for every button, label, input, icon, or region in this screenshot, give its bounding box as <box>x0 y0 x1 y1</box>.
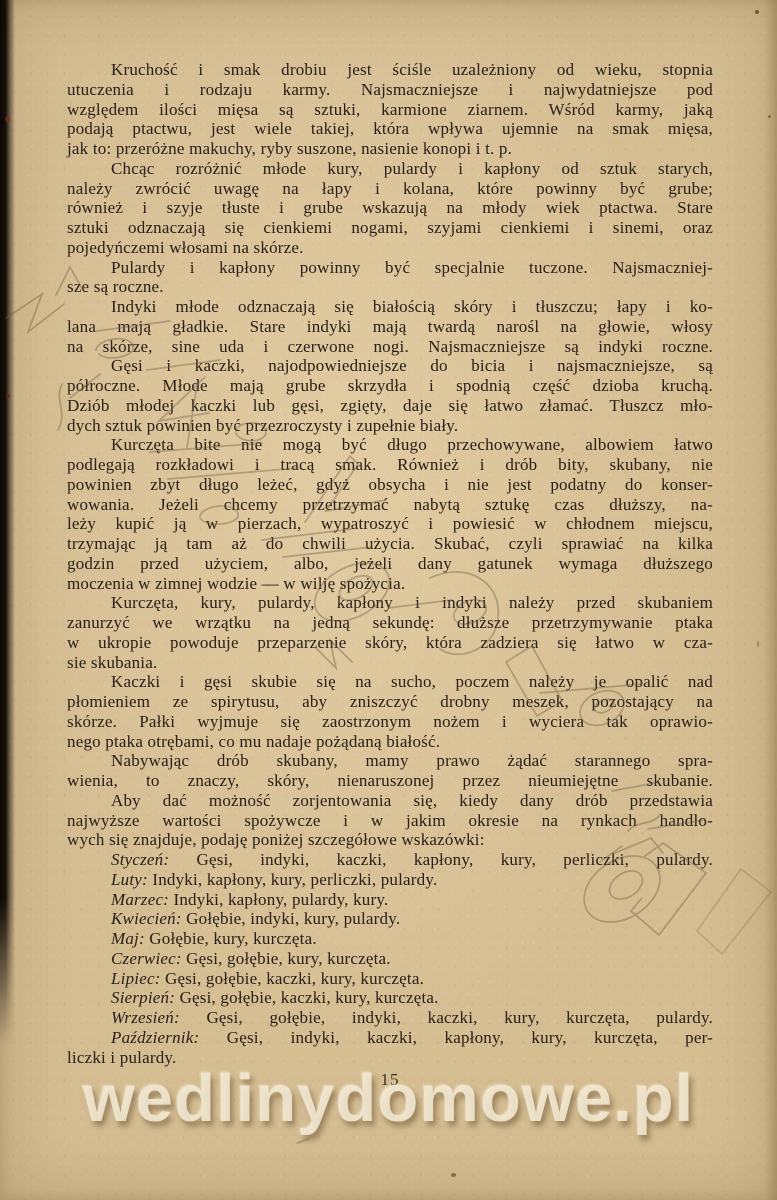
text-line: Chcąc rozróżnić młode kury, pulardy i ka… <box>67 159 713 179</box>
month-label: Październik: <box>111 1028 199 1047</box>
text-line: najwyższe wartości spożywcze i w jakim o… <box>67 811 713 831</box>
month-label: Czerwiec: <box>111 949 182 968</box>
speck <box>757 641 759 647</box>
text-line: również i szyje tłuste i grube wskazują … <box>67 198 713 218</box>
month-label: Wrzesień: <box>111 1008 180 1027</box>
text-line: Sierpień: Gęsi, gołębie, kaczki, kury, k… <box>67 988 713 1008</box>
speck <box>296 1138 310 1145</box>
text-line: godzin przed użyciem, albo, jeżeli dany … <box>67 554 713 574</box>
month-label: Maj: <box>111 929 145 948</box>
month-label: Sierpień: <box>111 988 175 1007</box>
text-line: moczenia w zimnej wodzie — w wilję spoży… <box>67 574 713 594</box>
month-label: Marzec: <box>111 890 169 909</box>
month-label: Luty: <box>111 870 148 889</box>
text-line: sze są roczne. <box>67 277 713 297</box>
text-line: utuczenia i rodzaju karmy. Najsmaczniejs… <box>67 80 713 100</box>
text-line: Indyki młode odznaczają się białością sk… <box>67 297 713 317</box>
month-label: Kwiecień: <box>111 909 182 928</box>
text-line: Gęsi i kaczki, najodpowiedniejsze do bic… <box>67 356 713 376</box>
text-line: Luty: Indyki, kapłony, kury, perliczki, … <box>67 870 713 890</box>
text-line: Kurczęta bite nie mogą być długo przecho… <box>67 435 713 455</box>
text-line: podlegają rozkładowi i tracą smak. Równi… <box>67 455 713 475</box>
speck <box>755 10 759 14</box>
text-line: podają ptactwu, jest wiele takiej, która… <box>67 119 713 139</box>
text-line: lana mają gładkie. Stare indyki mają twa… <box>67 317 713 337</box>
text-line: leży kupić ją w pierzach, wypatroszyć i … <box>67 514 713 534</box>
text-line: dych sztuk powinien być przezroczysty i … <box>67 416 713 436</box>
text-line: Czerwiec: Gęsi, gołębie, kury, kurczęta. <box>67 949 713 969</box>
text-line: Lipiec: Gęsi, gołębie, kaczki, kury, kur… <box>67 969 713 989</box>
text-line: Kaczki i gęsi skubie się na sucho, pocze… <box>67 672 713 692</box>
page-number: 15 <box>67 1070 713 1090</box>
text-line: sztuki odznaczają się cienkiemi nogami, … <box>67 218 713 238</box>
text-line: skórze. Pałki wyjmuje się zaostrzonym no… <box>67 712 713 732</box>
text-line: Marzec: Indyki, kapłony, pulardy, kury. <box>67 890 713 910</box>
text-line: Pulardy i kapłony powinny być specjalnie… <box>67 258 713 278</box>
text-line: Wrzesień: Gęsi, gołębie, indyki, kaczki,… <box>67 1008 713 1028</box>
text-line: wowania. Jeżeli chcemy przetrzymać nabyt… <box>67 495 713 515</box>
text-line: Styczeń: Gęsi, indyki, kaczki, kapłony, … <box>67 850 713 870</box>
text-line: sie skubania. <box>67 653 713 673</box>
text-line: powinien zbyt długo leżeć, gdyż obsycha … <box>67 475 713 495</box>
scanned-page: Kruchość i smak drobiu jest ściśle uzale… <box>0 0 777 1200</box>
text-line: wienia, to znaczy, skóry, nienaruszonej … <box>67 771 713 791</box>
text-line: pojedyńczemi włosami na skórze. <box>67 238 713 258</box>
text-line: Maj: Gołębie, kury, kurczęta. <box>67 929 713 949</box>
speck <box>451 1173 456 1177</box>
book-spine-shadow <box>0 0 15 1045</box>
speck <box>768 115 771 118</box>
month-label: Lipiec: <box>111 969 161 988</box>
text-line: półroczne. Młode mają grube skrzydła i s… <box>67 376 713 396</box>
text-line: jak to: przeróżne makuchy, ryby suszone,… <box>67 139 713 159</box>
text-line: zanurzyć we wrzątku na jedną sekundę: dł… <box>67 613 713 633</box>
text-line: płomieniem ze spirytusu, aby zniszczyć d… <box>67 692 713 712</box>
text-line: Kurczęta, kury, pulardy, kapłony i indyk… <box>67 593 713 613</box>
page-edge-shade <box>763 0 777 1200</box>
text-line: liczki i pulardy. <box>67 1048 713 1068</box>
page-text: Kruchość i smak drobiu jest ściśle uzale… <box>67 60 713 1067</box>
speck <box>5 116 10 122</box>
text-line: Aby dać możność zorjentowania się, kiedy… <box>67 791 713 811</box>
text-line: Kruchość i smak drobiu jest ściśle uzale… <box>67 60 713 80</box>
text-line: trzymając ją tam aż do chwili użycia. Sk… <box>67 534 713 554</box>
text-line: Kwiecień: Gołębie, indyki, kury, pulardy… <box>67 909 713 929</box>
text-line: Październik: Gęsi, indyki, kaczki, kapło… <box>67 1028 713 1048</box>
text-line: w ukropie powoduje przeparzenie skóry, k… <box>67 633 713 653</box>
text-line: nego ptaka otrębami, co mu nadaje pożąda… <box>67 732 713 752</box>
text-line: należy zwrócić uwagę na łapy i kolana, k… <box>67 179 713 199</box>
text-line: względem ilości mięsa są sztuki, karmion… <box>67 100 713 120</box>
text-line: Dziób młodej kaczki lub gęsi, zgięty, da… <box>67 396 713 416</box>
text-line: wych się znajduje, podaję poniżej szczeg… <box>67 830 713 850</box>
text-line: Nabywając drób skubany, mamy prawo żądać… <box>67 751 713 771</box>
month-label: Styczeń: <box>111 850 169 869</box>
speck <box>6 394 10 398</box>
text-line: na skórze, sine uda i czerwone nogi. Naj… <box>67 337 713 357</box>
